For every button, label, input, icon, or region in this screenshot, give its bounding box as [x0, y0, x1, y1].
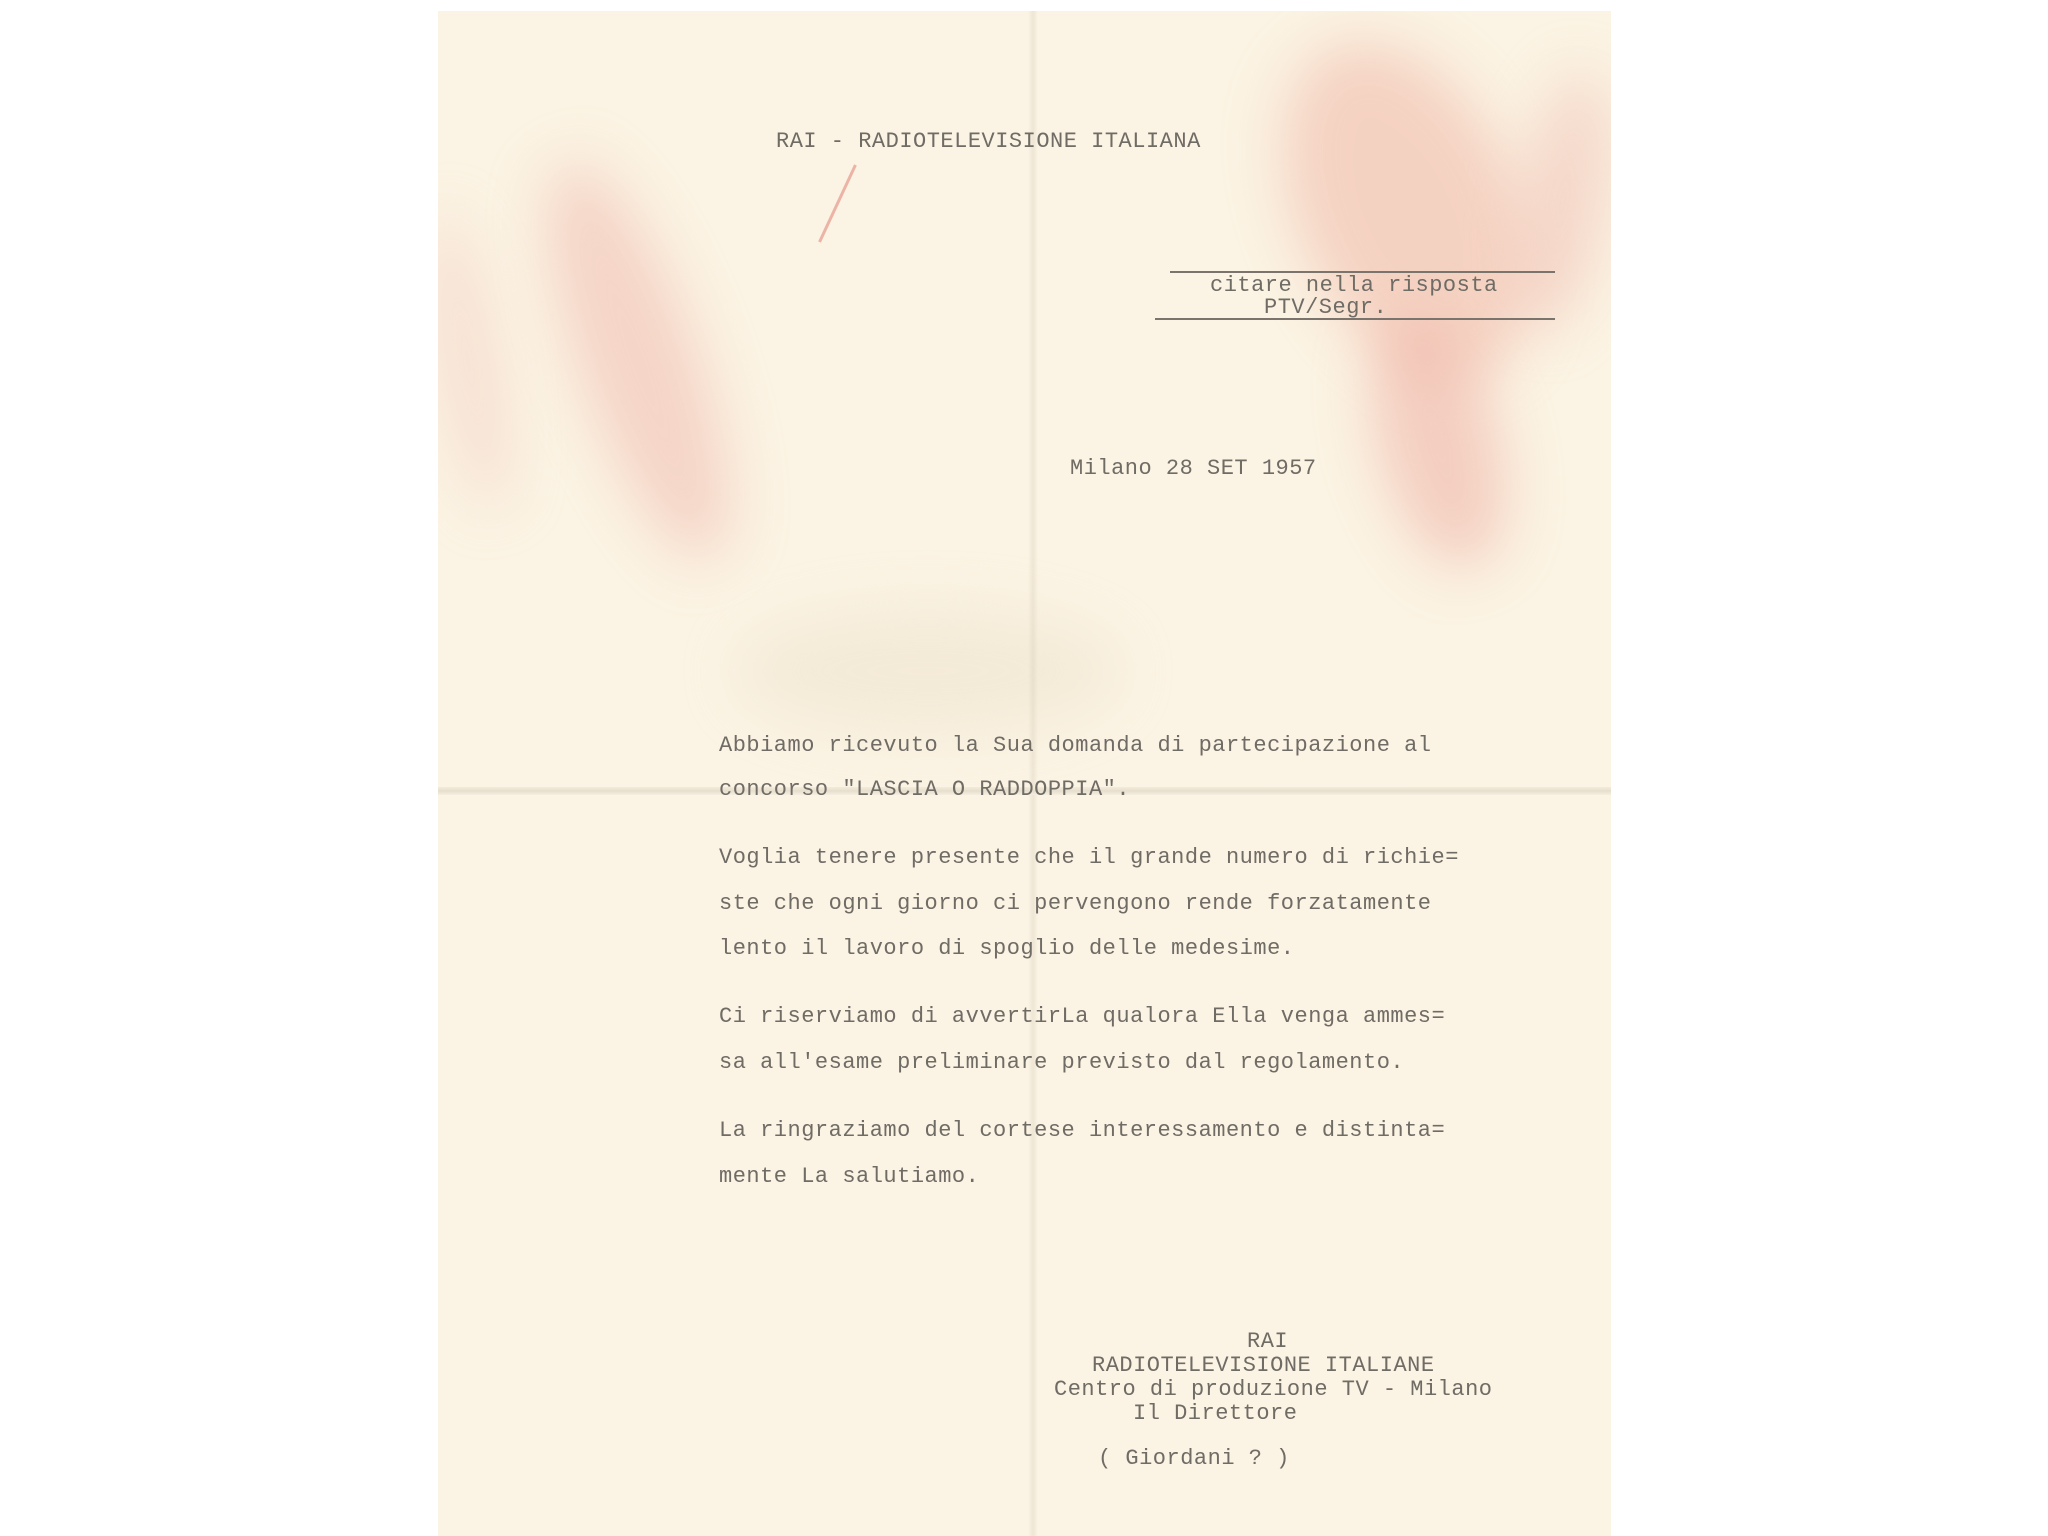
signature-org-full: RADIOTELEVISIONE ITALIANE — [1092, 1353, 1435, 1378]
body-line: La ringraziamo del cortese interessament… — [719, 1118, 1445, 1143]
ink-streak — [818, 164, 857, 242]
stain — [438, 208, 524, 514]
body-line: Abbiamo ricevuto la Sua domanda di parte… — [719, 733, 1432, 758]
letter-page: RAI - RADIOTELEVISIONE ITALIANA citare n… — [438, 11, 1611, 1536]
body-line: concorso "LASCIA O RADDOPPIA". — [719, 777, 1130, 802]
body-line: Voglia tenere presente che il grande num… — [719, 845, 1459, 870]
body-line: Ci riserviamo di avvertirLa qualora Ella… — [719, 1004, 1445, 1029]
body-line: ste che ogni giorno ci pervengono rende … — [719, 891, 1432, 916]
reference-code: PTV/Segr. — [1264, 295, 1387, 320]
signature-name: ( Giordani ? ) — [1098, 1446, 1290, 1471]
letterhead: RAI - RADIOTELEVISIONE ITALIANA — [776, 129, 1201, 154]
signature-title: Il Direttore — [1133, 1401, 1297, 1426]
letter-date: Milano 28 SET 1957 — [1070, 456, 1317, 481]
vertical-fold — [1028, 11, 1038, 1536]
body-line: sa all'esame preliminare previsto dal re… — [719, 1050, 1404, 1075]
stain — [738, 611, 1118, 731]
body-line: lento il lavoro di spoglio delle medesim… — [719, 936, 1295, 961]
body-line: mente La salutiamo. — [719, 1164, 979, 1189]
stain — [510, 143, 766, 579]
signature-center: Centro di produzione TV - Milano — [1054, 1377, 1492, 1402]
signature-org-short: RAI — [1247, 1329, 1288, 1354]
